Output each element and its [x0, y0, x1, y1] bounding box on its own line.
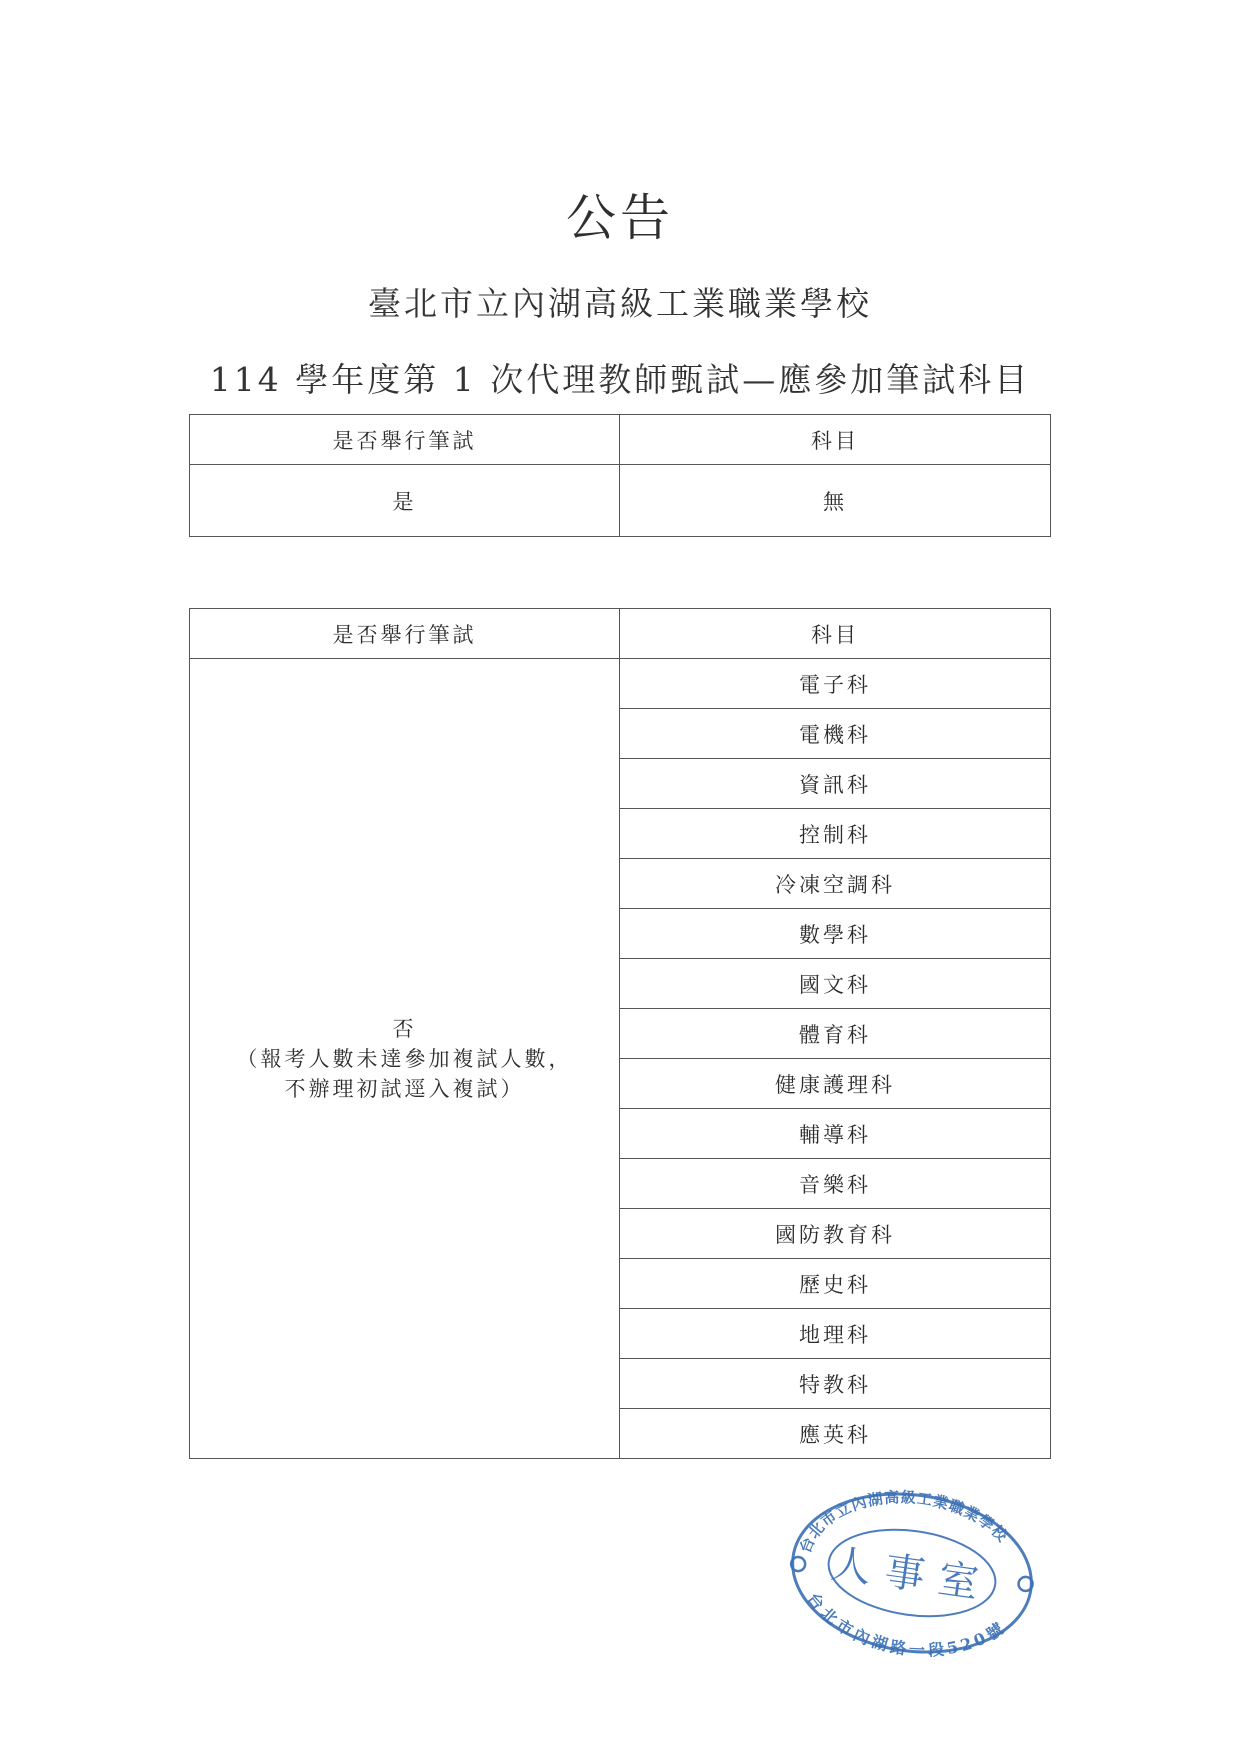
subject-cell: 電機科	[620, 709, 1051, 759]
subject-cell: 控制科	[620, 809, 1051, 859]
official-seal-stamp: 台北市立內湖高級工業職業學校 台北市內湖路一段520號 人事室	[786, 1488, 1038, 1658]
column-header-exam-held: 是否舉行筆試	[190, 415, 620, 465]
subject-cell: 數學科	[620, 909, 1051, 959]
subject-cell: 國文科	[620, 959, 1051, 1009]
document-subtitle: 114 學年度第 1 次代理教師甄試—應參加筆試科目	[0, 354, 1240, 401]
subject-cell: 特教科	[620, 1359, 1051, 1409]
column-header-subject: 科目	[620, 609, 1051, 659]
subject-cell: 體育科	[620, 1009, 1051, 1059]
subject-cell: 電子科	[620, 659, 1051, 709]
subject-cell: 歷史科	[620, 1259, 1051, 1309]
exam-held-cell: 否 （報考人數未達參加複試人數， 不辦理初試逕入複試）	[190, 659, 620, 1459]
table-header-row: 是否舉行筆試 科目	[190, 415, 1051, 465]
school-name: 臺北市立內湖高級工業職業學校	[0, 278, 1240, 325]
subject-cell: 冷凍空調科	[620, 859, 1051, 909]
page-title: 公告	[0, 178, 1240, 250]
table-header-row: 是否舉行筆試 科目	[190, 609, 1051, 659]
subject-value: 無	[620, 465, 1051, 537]
subject-cell: 輔導科	[620, 1109, 1051, 1159]
written-exam-table: 是否舉行筆試 科目 是 無	[189, 414, 1051, 537]
subject-cell: 應英科	[620, 1409, 1051, 1459]
no-exam-table: 是否舉行筆試 科目 否 （報考人數未達參加複試人數， 不辦理初試逕入複試） 電子…	[189, 608, 1051, 1459]
exam-held-value: 是	[190, 465, 620, 537]
subject-cell: 音樂科	[620, 1159, 1051, 1209]
seal-icon: 台北市立內湖高級工業職業學校 台北市內湖路一段520號 人事室	[786, 1488, 1038, 1658]
subject-cell: 資訊科	[620, 759, 1051, 809]
column-header-subject: 科目	[620, 415, 1051, 465]
table-row: 是 無	[190, 465, 1051, 537]
subject-cell: 國防教育科	[620, 1209, 1051, 1259]
exam-held-value: 否	[190, 1014, 619, 1044]
subject-cell: 健康護理科	[620, 1059, 1051, 1109]
reason-line-1: （報考人數未達參加複試人數，	[190, 1044, 619, 1074]
reason-line-2: 不辦理初試逕入複試）	[190, 1074, 619, 1104]
subject-cell: 地理科	[620, 1309, 1051, 1359]
table-row: 否 （報考人數未達參加複試人數， 不辦理初試逕入複試） 電子科	[190, 659, 1051, 709]
seal-center-text: 人事室	[828, 1541, 995, 1609]
column-header-exam-held: 是否舉行筆試	[190, 609, 620, 659]
